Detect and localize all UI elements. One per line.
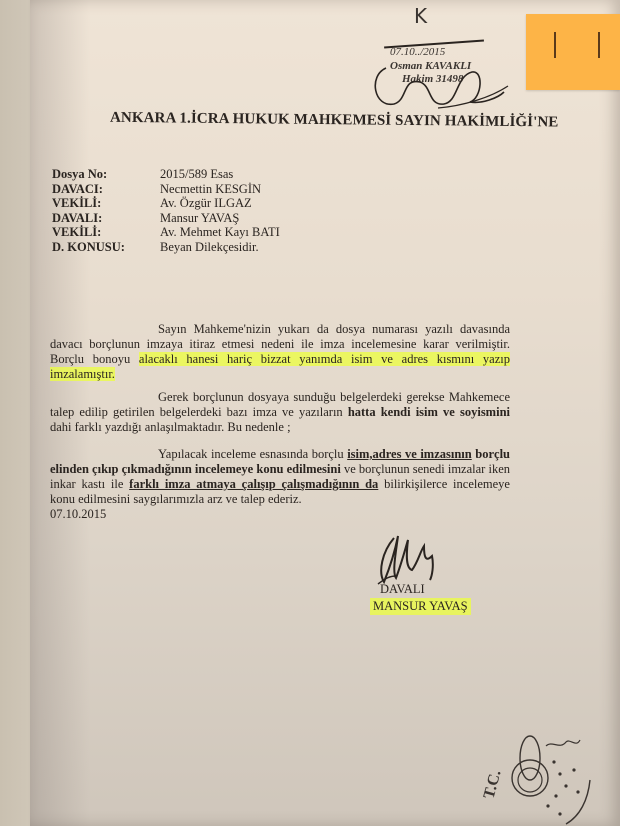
case-info-row: VEKİLİ:Av. Mehmet Kayı BATI (52, 225, 280, 240)
signature-name: MANSUR YAVAŞ (370, 598, 471, 615)
case-info-label: VEKİLİ: (52, 225, 160, 240)
signature-icon (372, 532, 462, 588)
paragraph-2: Gerek borçlunun dosyaya sunduğu belgeler… (50, 390, 510, 435)
case-info: Dosya No:2015/589 Esas DAVACI:Necmettin … (52, 167, 280, 254)
sticky-mark (598, 32, 600, 58)
paragraph-3: Yapılacak inceleme esnasında borçlu isim… (50, 447, 510, 522)
case-info-value: Av. Özgür ILGAZ (160, 196, 252, 211)
case-info-row: DAVALI:Mansur YAVAŞ (52, 211, 280, 226)
case-info-row: Dosya No:2015/589 Esas (52, 167, 280, 182)
sticky-mark (554, 32, 556, 58)
document-date: 07.10.2015 (50, 507, 510, 522)
stamp-date: 07.10../2015 (390, 46, 445, 58)
case-info-row: D. KONUSU:Beyan Dilekçesidir. (52, 240, 280, 255)
case-info-value: Mansur YAVAŞ (160, 211, 239, 226)
case-info-value: 2015/589 Esas (160, 167, 233, 182)
bold-underlined-text: isim,adres ve imzasının (347, 447, 472, 461)
case-info-label: DAVALI: (52, 211, 160, 226)
officer-signature-icon (372, 58, 512, 118)
case-info-label: D. KONUSU: (52, 240, 160, 255)
bold-text: hatta kendi isim ve soyismini (348, 405, 510, 419)
case-info-row: DAVACI:Necmettin KESGİN (52, 182, 280, 197)
stamp-initial: K (414, 10, 427, 22)
case-info-row: VEKİLİ:Av. Özgür ILGAZ (52, 196, 280, 211)
signature-role: DAVALI (380, 582, 425, 597)
case-info-value: Av. Mehmet Kayı BATI (160, 225, 280, 240)
bold-underlined-text: farklı imza atmaya çalışıp çalışmadığını… (129, 477, 378, 491)
case-info-label: Dosya No: (52, 167, 160, 182)
court-seal-icon: T.C. (470, 730, 620, 826)
sticky-note (526, 14, 620, 90)
paragraph-3-text: Yapılacak inceleme esnasında borçlu (158, 447, 347, 461)
case-info-value: Necmettin KESGİN (160, 182, 261, 197)
svg-text:T.C.: T.C. (481, 768, 505, 800)
case-info-label: DAVACI: (52, 182, 160, 197)
case-info-label: VEKİLİ: (52, 196, 160, 211)
case-info-value: Beyan Dilekçesidir. (160, 240, 259, 255)
paragraph-1: Sayın Mahkeme'nizin yukarı da dosya numa… (50, 322, 510, 382)
paragraph-2-text: dahi farklı yazdığı anlaşılmaktadır. Bu … (50, 420, 291, 434)
